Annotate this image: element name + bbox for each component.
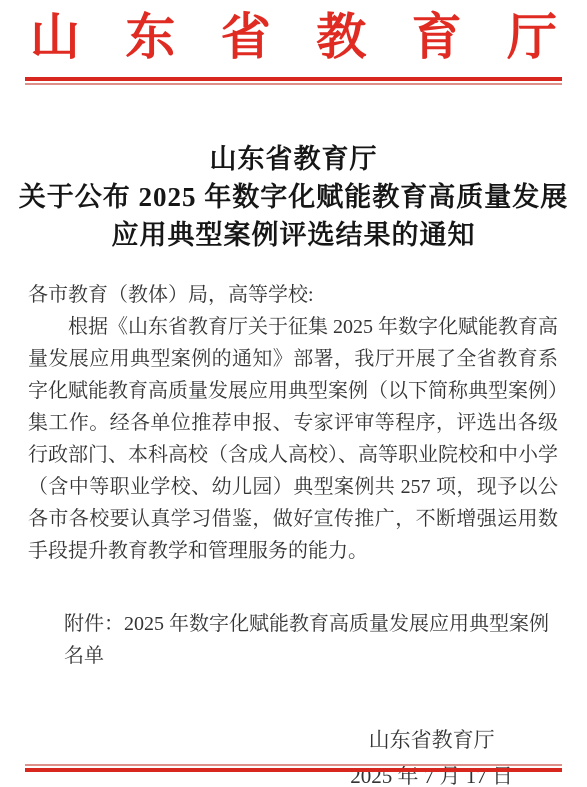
body-line: （含中等职业学校、幼儿园）典型案例共 257 项，现予以公布。 bbox=[28, 471, 558, 503]
body-paragraph: 各市教育（教体）局，高等学校: 根据《山东省教育厅关于征集 2025 年数字化赋… bbox=[28, 279, 558, 567]
signature-block: 山东省教育厅 2025 年 7 月 17 日 bbox=[350, 722, 513, 787]
body-line: 集工作。经各单位推荐申报、专家评审等程序，评选出各级教育 bbox=[28, 407, 558, 439]
footer-double-rule bbox=[25, 764, 562, 772]
document-title-line-1: 山东省教育厅 bbox=[0, 140, 587, 178]
rule-thick-line bbox=[25, 768, 562, 772]
body-line: 行政部门、本科高校（含成人高校）、高等职业院校和中小学校 bbox=[28, 439, 558, 471]
letterhead-double-rule bbox=[25, 77, 562, 85]
salutation-line: 各市教育（教体）局，高等学校: bbox=[28, 279, 558, 311]
document-title: 山东省教育厅 关于公布 2025 年数字化赋能教育高质量发展 应用典型案例评选结… bbox=[0, 140, 587, 254]
document-title-line-3: 应用典型案例评选结果的通知 bbox=[0, 216, 587, 254]
body-line: 手段提升教育教学和管理服务的能力。 bbox=[28, 535, 558, 567]
document-title-line-2: 关于公布 2025 年数字化赋能教育高质量发展 bbox=[0, 178, 587, 216]
issuer-signature: 山东省教育厅 bbox=[369, 722, 495, 758]
body-line: 量发展应用典型案例的通知》部署，我厅开展了全省教育系统数 bbox=[28, 343, 558, 375]
attachment-reference-line: 附件：2025 年数字化赋能教育高质量发展应用典型案例名单 bbox=[28, 608, 558, 672]
body-line: 各市各校要认真学习借鉴，做好宣传推广，不断增强运用数字化 bbox=[28, 503, 558, 535]
notice-document-page: 山东省教育厅 山东省教育厅 关于公布 2025 年数字化赋能教育高质量发展 应用… bbox=[0, 0, 587, 787]
body-line: 字化赋能教育高质量发展应用典型案例（以下简称典型案例）征 bbox=[28, 375, 558, 407]
rule-thin-line bbox=[25, 83, 562, 85]
body-line: 根据《山东省教育厅关于征集 2025 年数字化赋能教育高质 bbox=[28, 311, 558, 343]
issue-date: 2025 年 7 月 17 日 bbox=[350, 758, 513, 787]
letterhead-agency-title: 山东省教育厅 bbox=[30, 8, 557, 68]
